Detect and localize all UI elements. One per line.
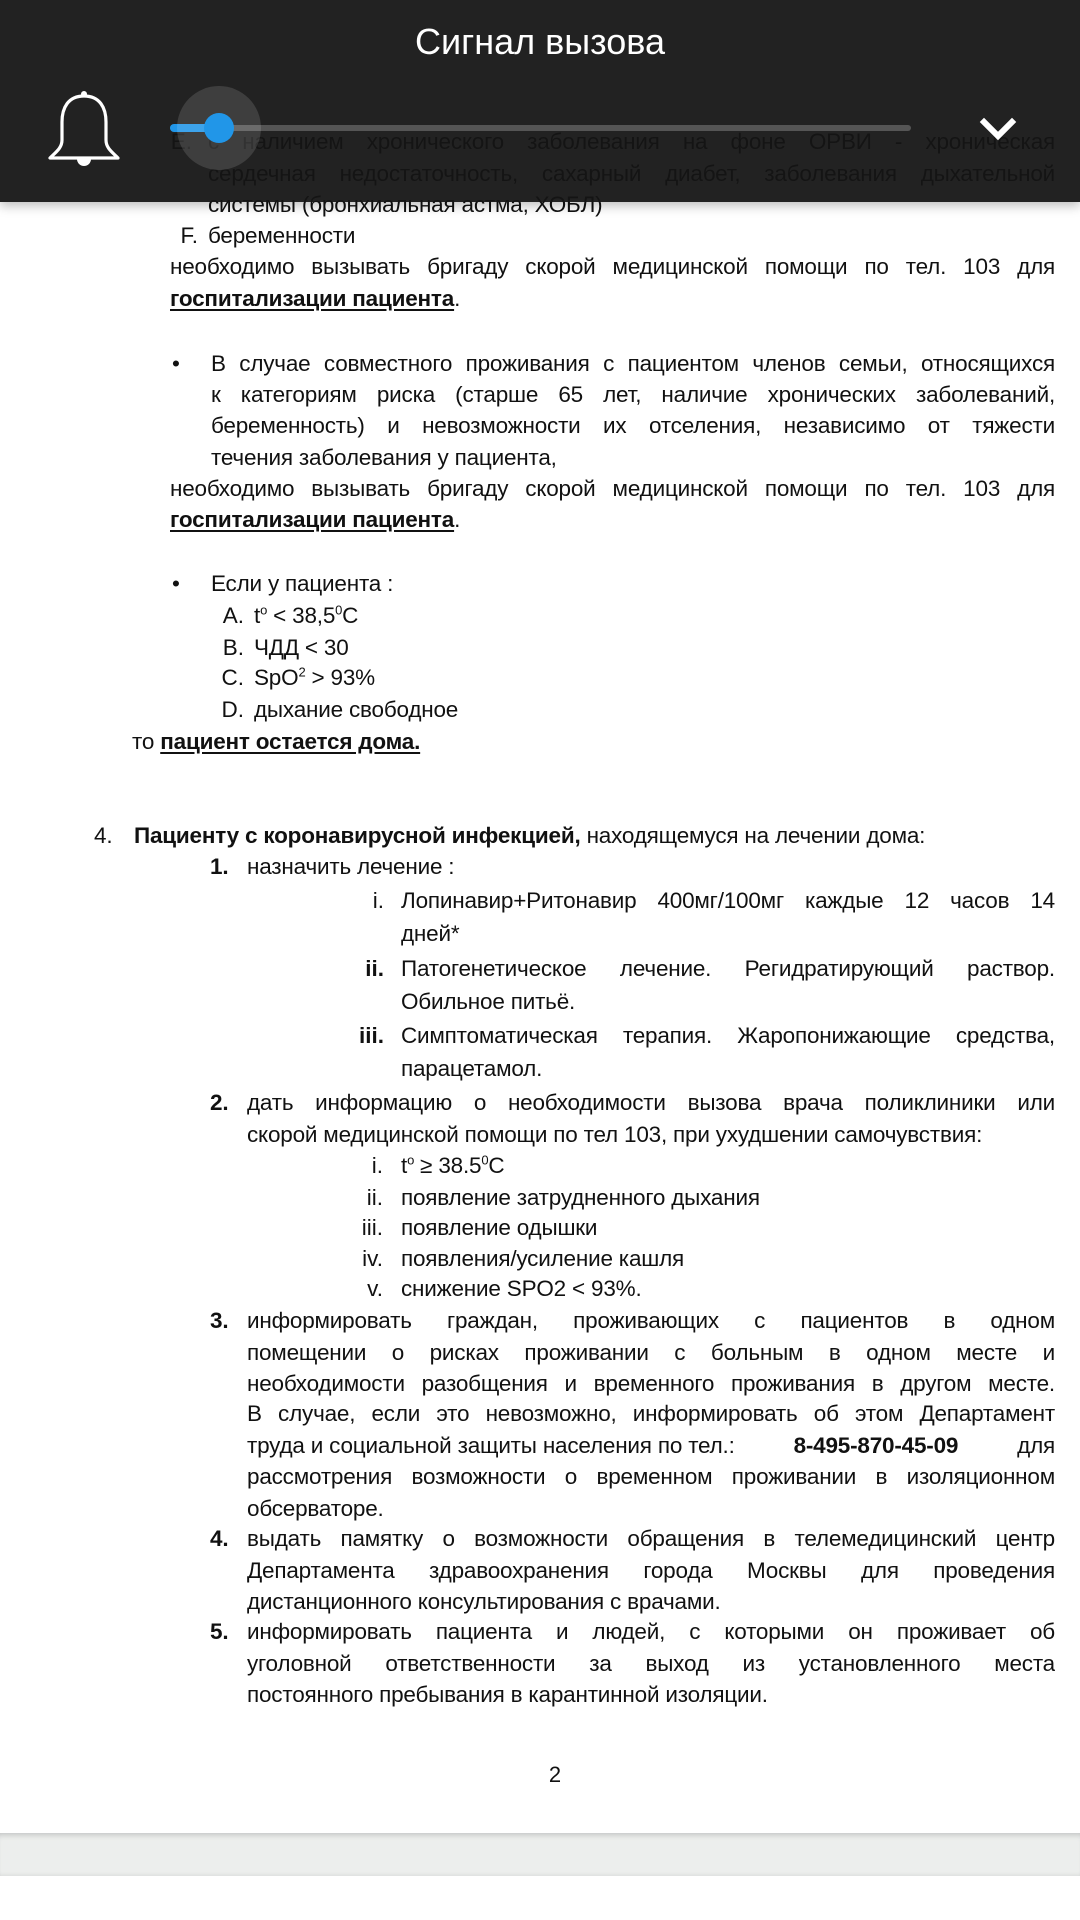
- text-line: течения заболевания у пациента,: [211, 443, 557, 473]
- list-marker: iv.: [343, 1244, 383, 1274]
- list-marker: A.: [214, 601, 244, 631]
- emphasis-line: госпитализации пациента.: [170, 284, 460, 314]
- list-marker: iii.: [344, 1021, 384, 1051]
- page-number: 2: [540, 1762, 570, 1788]
- text-line: парацетамол.: [401, 1054, 542, 1084]
- phone-number[interactable]: 8-495-870-45-09: [794, 1431, 959, 1461]
- volume-slider-track[interactable]: [170, 125, 911, 131]
- text-line: к категориям риска (старше 65 лет, налич…: [211, 380, 1055, 410]
- text-line: Симптоматическая терапия. Жаропонижающие…: [401, 1021, 1055, 1051]
- emphasis-text: госпитализации пациента: [170, 507, 454, 532]
- list-marker: F.: [174, 221, 198, 251]
- bullet-icon: •: [172, 569, 180, 599]
- text-line: информировать граждан, проживающих с пац…: [247, 1306, 1055, 1336]
- panel-title: Сигнал вызова: [0, 18, 1080, 66]
- conclusion-line: то пациент остается дома.: [132, 727, 420, 757]
- text-line: беременность) и невозможности их отселен…: [211, 411, 1055, 441]
- text-line: назначить лечение :: [247, 852, 454, 882]
- item-number: 4.: [210, 1524, 228, 1554]
- next-page[interactable]: [0, 1876, 1080, 1920]
- phone-line: труда и социальной защиты населения по т…: [247, 1431, 1055, 1461]
- text-line: беременности: [208, 221, 355, 251]
- condition-breathing: дыхание свободное: [254, 695, 458, 725]
- bullet-icon: •: [172, 349, 180, 379]
- text-line: В случае совместного проживания с пациен…: [211, 349, 1055, 379]
- text-line: Если у пациента :: [211, 569, 393, 599]
- conclusion-text: пациент остается дома.: [160, 729, 420, 754]
- text-line: появление затрудненного дыхания: [401, 1183, 760, 1213]
- text-line: Обильное питьё.: [401, 987, 575, 1017]
- document-page[interactable]: E. с наличием хронического заболевания н…: [0, 0, 1080, 1833]
- text-line: помещении о рисках проживании с больным …: [247, 1338, 1055, 1368]
- text-line: обсерваторе.: [247, 1494, 384, 1524]
- condition-spo2: SpO2 > 93%: [254, 663, 375, 693]
- text-line: постоянного пребывания в карантинной изо…: [247, 1680, 768, 1710]
- condition-respiratory-rate: ЧДД < 30: [254, 633, 349, 663]
- text-line: Лопинавир+Ритонавир 400мг/100мг каждые 1…: [401, 886, 1055, 916]
- list-marker: C.: [214, 663, 244, 693]
- list-marker: ii.: [349, 1183, 383, 1213]
- text-line: Департамента здравоохранения города Моск…: [247, 1556, 1055, 1586]
- text-line: Патогенетическое лечение. Регидратирующи…: [401, 954, 1055, 984]
- text-line: уголовной ответственности за выход из ус…: [247, 1649, 1055, 1679]
- volume-slider-thumb[interactable]: [204, 113, 234, 143]
- bell-icon[interactable]: [46, 88, 122, 166]
- list-marker: D.: [214, 695, 244, 725]
- list-marker: ii.: [350, 954, 384, 984]
- chevron-down-icon[interactable]: [978, 112, 1018, 148]
- list-marker: B.: [214, 633, 244, 663]
- list-marker: i.: [360, 886, 384, 916]
- text-line: снижение SPO2 < 93%.: [401, 1274, 642, 1304]
- text-line: необходимо вызывать бригаду скорой медиц…: [170, 252, 1055, 282]
- text-line: информировать пациента и людей, с которы…: [247, 1617, 1055, 1647]
- text-line: В случае, если это невозможно, информиро…: [247, 1399, 1055, 1429]
- text-line: дистанционного консультирования с врачам…: [247, 1587, 721, 1617]
- item-number: 2.: [210, 1088, 228, 1118]
- text-line: необходимости разобщения и временного пр…: [247, 1369, 1055, 1399]
- item-number: 3.: [210, 1306, 228, 1336]
- emphasis-text: госпитализации пациента: [170, 286, 454, 311]
- item-number: 5.: [210, 1617, 228, 1647]
- item-number: 1.: [210, 852, 228, 882]
- condition-temperature: to < 38,50C: [254, 601, 358, 631]
- text-line: появление одышки: [401, 1213, 597, 1243]
- text-line: рассмотрения возможности о временном про…: [247, 1462, 1055, 1492]
- text-line: появления/усиление кашля: [401, 1244, 684, 1274]
- section-number: 4.: [94, 821, 112, 851]
- text-line: дней*: [401, 919, 459, 949]
- volume-panel: Сигнал вызова: [0, 0, 1080, 202]
- list-marker: v.: [349, 1274, 383, 1304]
- section-title: Пациенту с коронавирусной инфекцией, нах…: [134, 821, 925, 851]
- text-line: выдать памятку о возможности обращения в…: [247, 1524, 1055, 1554]
- text-line: необходимо вызывать бригаду скорой медиц…: [170, 474, 1055, 504]
- symptom-temperature: to ≥ 38.50C: [401, 1151, 504, 1181]
- list-marker: iii.: [343, 1213, 383, 1243]
- page-separator: [0, 1833, 1080, 1876]
- text-line: скорой медицинской помощи по тел 103, пр…: [247, 1120, 982, 1150]
- emphasis-line: госпитализации пациента.: [170, 505, 460, 535]
- list-marker: i.: [355, 1151, 383, 1181]
- text-line: дать информацию о необходимости вызова в…: [247, 1088, 1055, 1118]
